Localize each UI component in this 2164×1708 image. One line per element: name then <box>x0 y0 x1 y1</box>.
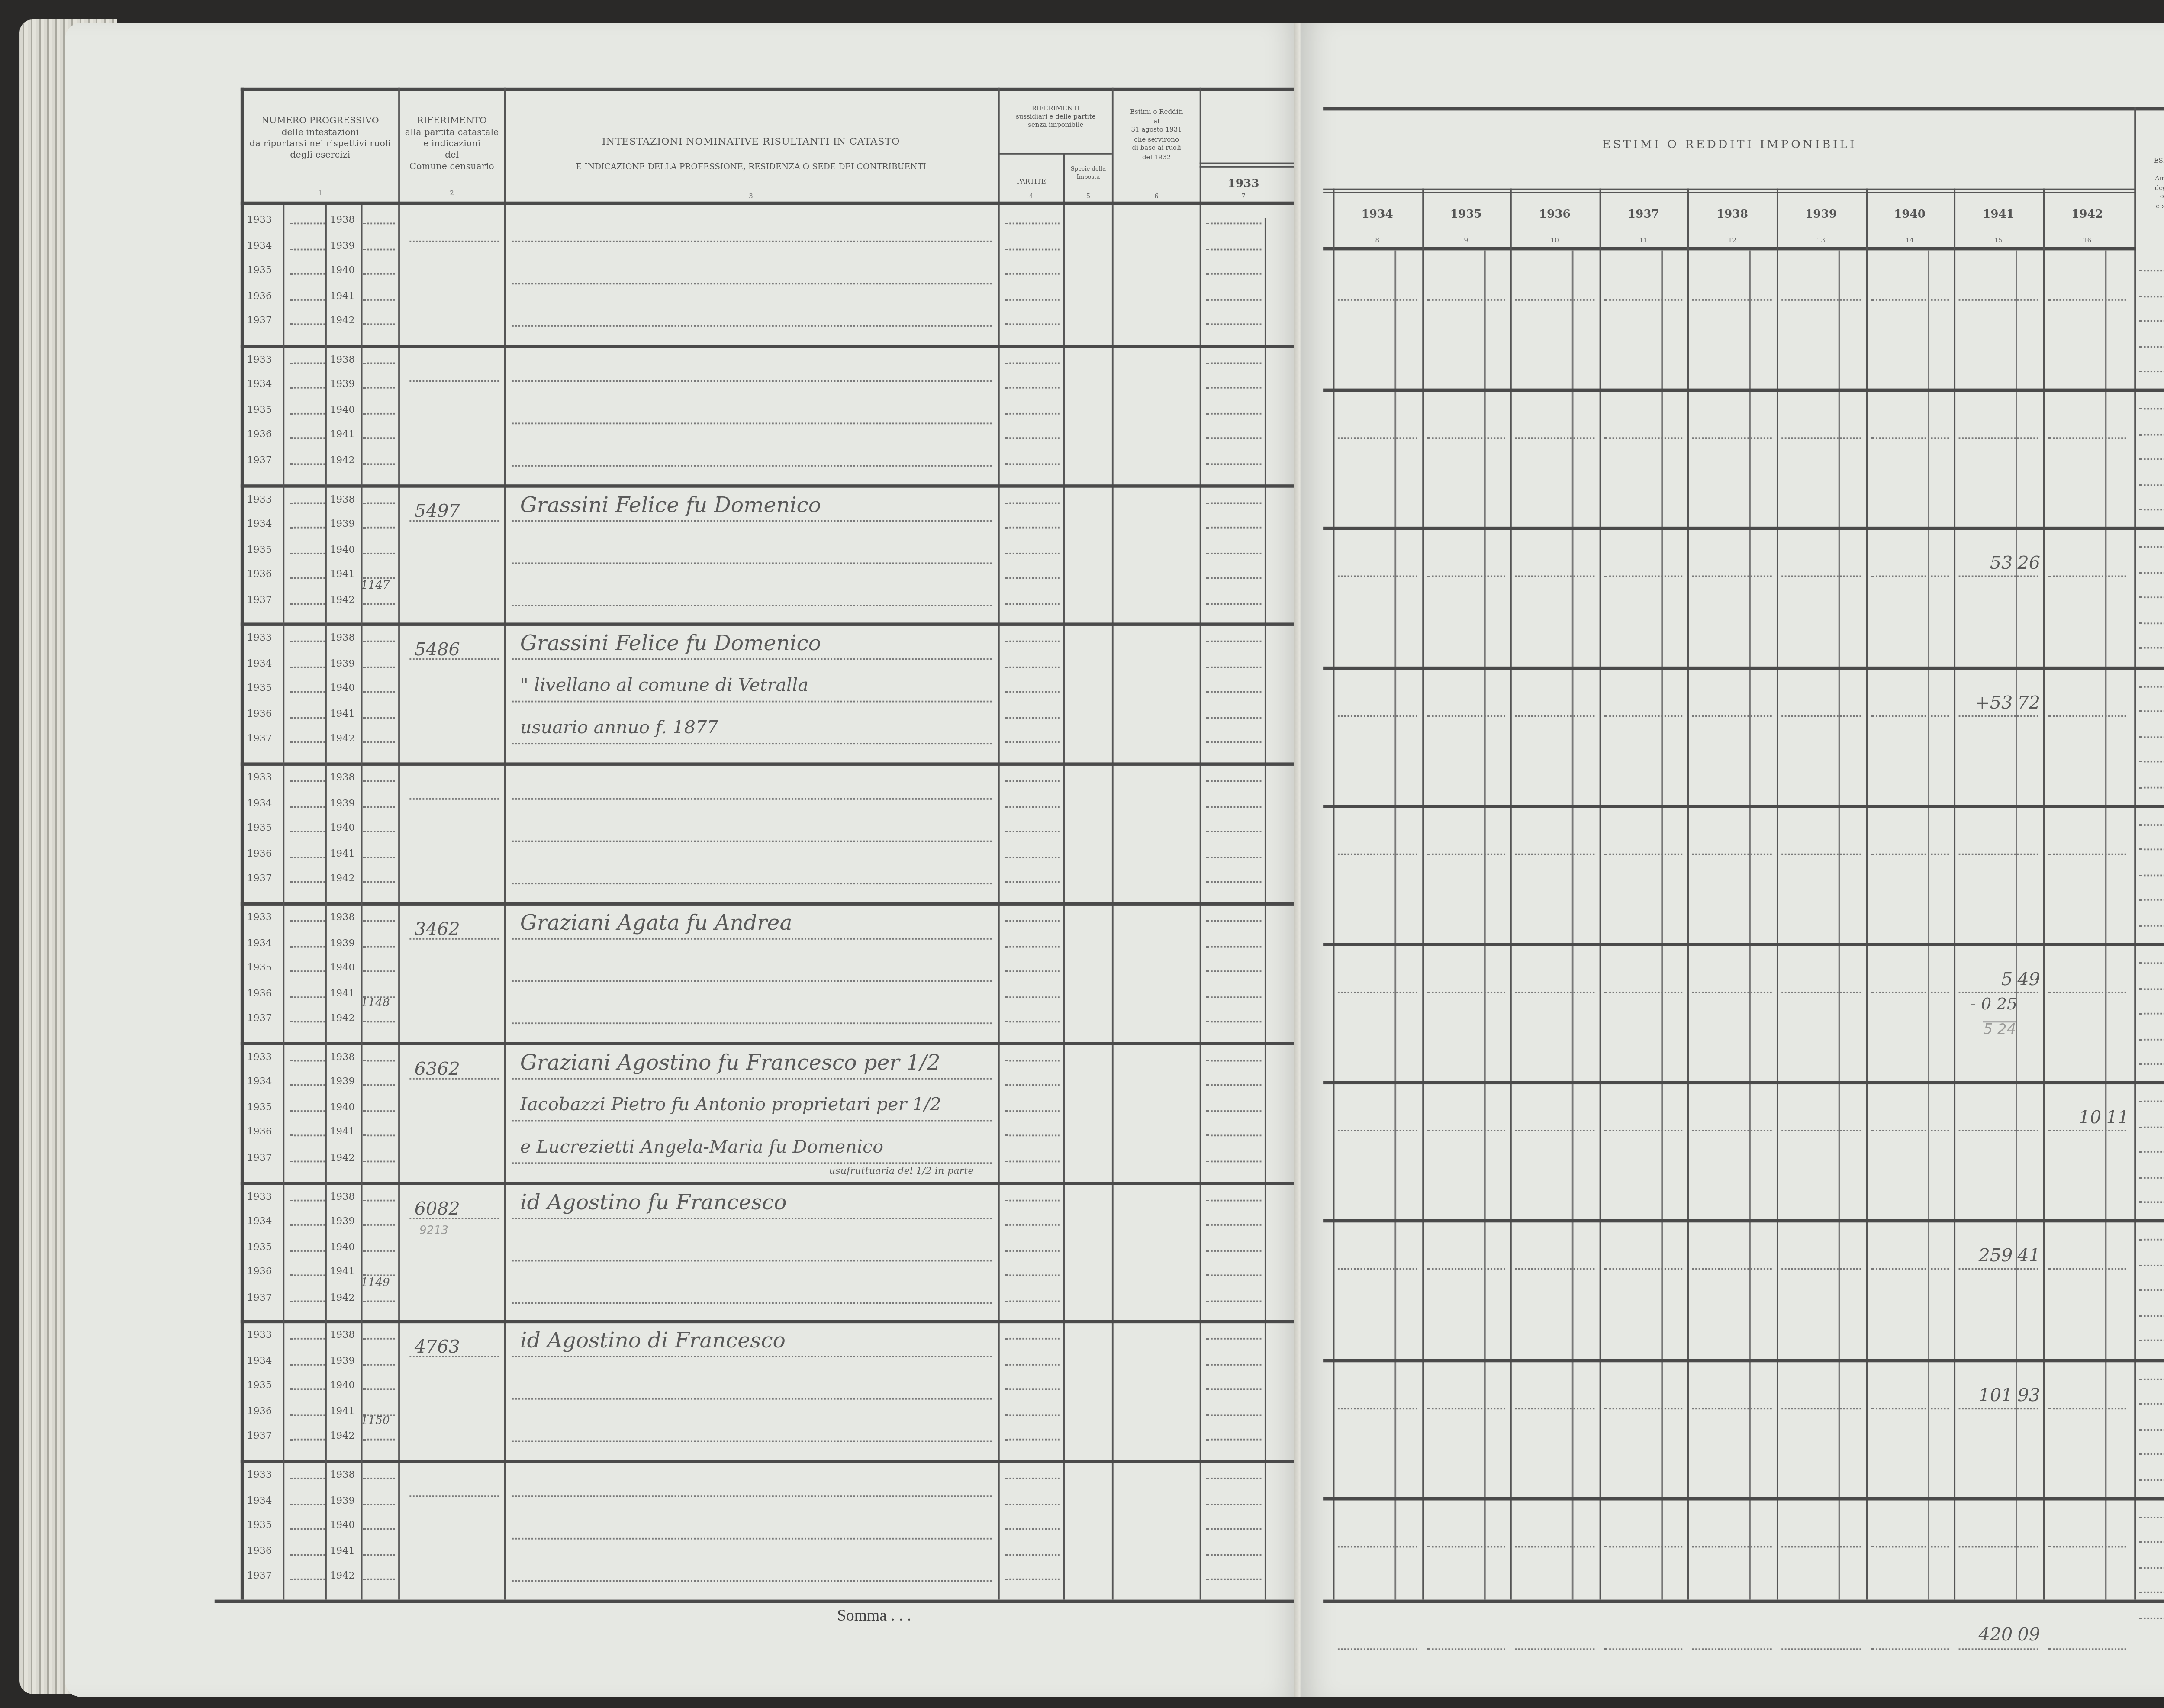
dotted-line <box>1005 323 1060 325</box>
dotted-line <box>290 856 325 858</box>
year-label: 1939 <box>330 1076 354 1088</box>
dotted-line <box>290 223 325 225</box>
intestazione-text: e Lucrezietti Angela-Maria fu Domenico <box>520 1136 883 1157</box>
col-divider <box>283 902 284 1041</box>
dotted-line <box>290 1060 325 1061</box>
dotted-line <box>1206 1439 1262 1441</box>
dotted-line <box>1206 362 1262 364</box>
dotted-line <box>2048 1269 2127 1270</box>
dotted-line <box>1870 853 1949 855</box>
dotted-line <box>363 298 395 300</box>
left-frame <box>241 88 244 1600</box>
dotted-line <box>1693 576 1772 578</box>
header-sub-rule <box>1323 189 2136 193</box>
dotted-line <box>2139 371 2164 372</box>
dotted-line <box>2139 572 2164 574</box>
dotted-line <box>1206 806 1262 808</box>
intestazione-text: Graziani Agata fu Andrea <box>520 912 792 936</box>
dotted-line <box>1959 1546 2038 1547</box>
dotted-line <box>1338 1130 1417 1132</box>
dotted-line <box>1206 831 1262 833</box>
dotted-line <box>2139 1101 2164 1102</box>
dotted-line <box>1005 1478 1060 1480</box>
dotted-line <box>2139 1151 2164 1153</box>
dotted-line <box>363 1553 395 1555</box>
dotted-line <box>1206 1085 1262 1086</box>
dotted-line <box>512 1302 992 1303</box>
dotted-line <box>1206 780 1262 782</box>
dotted-line <box>363 1389 395 1391</box>
dotted-line <box>363 806 395 808</box>
year-label: 1941 <box>330 709 354 720</box>
dotted-line <box>2139 1479 2164 1480</box>
dotted-line <box>1959 438 2038 439</box>
dotted-line <box>1870 1130 1949 1132</box>
dotted-line <box>1206 1110 1262 1112</box>
dotted-line <box>2139 295 2164 297</box>
dotted-line <box>290 692 325 693</box>
dotted-line <box>1959 715 2038 716</box>
dotted-line <box>1005 742 1060 744</box>
partita-number: 5497 <box>415 500 460 521</box>
dotted-line <box>1604 1546 1683 1547</box>
dotted-line <box>1005 577 1060 579</box>
dotted-line <box>1005 362 1060 364</box>
dotted-line <box>512 1496 992 1498</box>
year-label: 1941 <box>330 569 354 580</box>
header-estimi-imponibili: ESTIMI O REDDITI IMPONIBILI <box>1323 140 2136 151</box>
intestazione-text: " livellano al comune di Vetralla <box>520 675 808 696</box>
dotted-line <box>1005 387 1060 389</box>
dotted-line <box>1338 438 1417 439</box>
dotted-line <box>1005 463 1060 465</box>
dotted-line <box>290 1250 325 1251</box>
block-rule <box>1323 1358 2164 1362</box>
dotted-line <box>1206 323 1262 325</box>
dotted-line <box>363 1021 395 1023</box>
dotted-line <box>1005 806 1060 808</box>
usufrutto-note: usufruttuaria del 1/2 in parte <box>829 1165 973 1176</box>
header-sub-rule <box>998 153 1112 155</box>
dotted-line <box>363 1439 395 1441</box>
col-divider <box>1422 189 1423 1600</box>
block-rule <box>1323 1081 2164 1085</box>
dotted-line <box>290 1528 325 1530</box>
year-label: 1936 <box>247 430 272 441</box>
column-number: 3 <box>507 192 995 200</box>
year-label: 1940 <box>330 823 354 834</box>
dotted-line <box>1005 1338 1060 1340</box>
year-label: 1941 <box>330 988 354 999</box>
dotted-line <box>1870 1269 1949 1270</box>
year-column-header: 1936 <box>1510 206 1599 221</box>
year-label: 1934 <box>247 379 272 390</box>
dotted-line <box>1781 438 1861 439</box>
dotted-line <box>2139 509 2164 511</box>
somma-dotted-line <box>1427 1648 1506 1650</box>
dotted-line <box>2139 1428 2164 1430</box>
col-divider <box>325 1460 327 1599</box>
somma-label: Somma . . . <box>837 1608 911 1625</box>
dotted-line <box>2139 547 2164 548</box>
col-divider <box>325 1181 327 1321</box>
dotted-line <box>1870 715 1949 716</box>
partita-number: 4763 <box>415 1337 460 1358</box>
year-label: 1942 <box>330 316 354 327</box>
year-label: 1939 <box>330 1495 354 1506</box>
dotted-line <box>290 742 325 744</box>
dotted-line <box>1515 576 1594 578</box>
intestazione-text: id Agostino fu Francesco <box>520 1191 787 1215</box>
somma-total-lire: 420 <box>1961 1624 2013 1645</box>
dotted-line <box>512 241 992 242</box>
dotted-line <box>1604 1269 1683 1270</box>
col-divider <box>1112 88 1114 1600</box>
dotted-line <box>2139 1453 2164 1455</box>
dotted-line <box>2048 853 2127 855</box>
col-divider <box>1200 88 1201 1600</box>
dotted-line <box>1206 1503 1262 1505</box>
year-label: 1938 <box>330 215 354 226</box>
dotted-line <box>1005 1439 1060 1441</box>
header-riferimento: RIFERIMENTO alla partita catastale e ind… <box>400 117 504 174</box>
year-label: 1941 <box>330 1545 354 1557</box>
year-label: 1938 <box>330 912 354 923</box>
dotted-line <box>1693 1546 1772 1547</box>
dotted-line <box>363 1364 395 1366</box>
dotted-line <box>2139 899 2164 901</box>
dotted-line <box>1427 299 1506 301</box>
dotted-line <box>1005 1021 1060 1023</box>
dotted-line <box>1515 438 1594 439</box>
dotted-line <box>1515 299 1594 301</box>
dotted-line <box>1005 1224 1060 1226</box>
dotted-line <box>1005 945 1060 947</box>
dotted-line <box>363 1338 395 1340</box>
value-lire: 10 <box>2049 1107 2101 1128</box>
dotted-line <box>512 938 992 940</box>
dotted-line <box>363 945 395 947</box>
dotted-line <box>363 1503 395 1505</box>
dotted-line <box>1005 831 1060 833</box>
dotted-line <box>1206 970 1262 972</box>
dotted-line <box>1005 1300 1060 1302</box>
year-label: 1934 <box>247 1495 272 1506</box>
header-bottom-rule <box>1323 247 2136 251</box>
col-divider <box>325 1042 327 1181</box>
dotted-line <box>512 659 992 661</box>
col-divider <box>1777 189 1778 1600</box>
year-label: 1940 <box>330 1241 354 1253</box>
somma-dotted-line <box>1693 1648 1772 1650</box>
year-label: 1933 <box>247 354 272 365</box>
dotted-line <box>1338 1546 1417 1547</box>
year-label: 1937 <box>247 873 272 885</box>
block-rule <box>241 1460 1301 1463</box>
block-rule <box>241 623 1301 627</box>
value-lire: 259 <box>1961 1246 2013 1267</box>
dotted-line <box>1206 692 1262 693</box>
dotted-line <box>1959 853 2038 855</box>
dotted-line <box>1206 1579 1262 1580</box>
year-label: 1934 <box>247 1216 272 1228</box>
dotted-line <box>1206 1553 1262 1555</box>
dotted-line <box>1005 970 1060 972</box>
dotted-line <box>363 1060 395 1061</box>
dotted-line <box>1005 856 1060 858</box>
dotted-line <box>363 856 395 858</box>
dotted-line <box>1005 1160 1060 1162</box>
dotted-line <box>290 1160 325 1162</box>
column-number: 11 <box>1599 236 1688 244</box>
dotted-line <box>1206 412 1262 414</box>
year-column-header: 1942 <box>2043 206 2132 221</box>
dotted-line <box>290 527 325 529</box>
dotted-line <box>2139 1013 2164 1015</box>
dotted-line <box>290 1478 325 1480</box>
dotted-line <box>2139 434 2164 435</box>
dotted-line <box>290 362 325 364</box>
dotted-line <box>363 831 395 833</box>
ruolo-number: 1149 <box>361 1276 390 1289</box>
dotted-line <box>2139 622 2164 624</box>
dotted-line <box>1338 1407 1417 1409</box>
block-rule <box>1323 1220 2164 1223</box>
dotted-line <box>1959 299 2038 301</box>
year-label: 1939 <box>330 1356 354 1367</box>
cent-divider <box>1839 250 1840 1599</box>
year-label: 1937 <box>247 734 272 745</box>
year-label: 1941 <box>330 430 354 441</box>
top-rule <box>1323 107 2164 111</box>
cent-divider <box>1927 250 1929 1599</box>
dotted-line <box>1427 715 1506 716</box>
year-label: 1941 <box>330 1406 354 1417</box>
dotted-line <box>1781 1546 1861 1547</box>
dotted-line <box>1693 853 1772 855</box>
dotted-line <box>290 463 325 465</box>
dotted-line <box>363 223 395 225</box>
dotted-line <box>1959 576 2038 578</box>
dotted-line <box>512 701 992 703</box>
dotted-line <box>1515 853 1594 855</box>
dotted-line <box>363 438 395 439</box>
year-label: 1942 <box>330 734 354 745</box>
dotted-line <box>2139 962 2164 964</box>
dotted-line <box>1206 920 1262 922</box>
dotted-line <box>1206 666 1262 668</box>
dotted-line <box>363 641 395 643</box>
dotted-line <box>409 241 499 242</box>
year-label: 1936 <box>247 1545 272 1557</box>
value-centesimi: 72 <box>2018 692 2041 713</box>
dotted-line <box>1959 992 2038 993</box>
year-label: 1941 <box>330 290 354 301</box>
year-label: 1939 <box>330 240 354 251</box>
somma-dotted-line <box>1870 1648 1949 1650</box>
intestazione-text: Graziani Agostino fu Francesco per 1/2 <box>520 1051 940 1076</box>
dotted-line <box>2139 1340 2164 1342</box>
partita-number: 6362 <box>415 1058 460 1079</box>
column-number: 16 <box>2043 236 2132 244</box>
year-label: 1933 <box>247 493 272 505</box>
intestazione-text: Grassini Felice fu Domenico <box>520 493 821 518</box>
dotted-line <box>1427 1546 1506 1547</box>
column-number: 12 <box>1688 236 1777 244</box>
dotted-line <box>290 970 325 972</box>
dotted-line <box>2139 849 2164 851</box>
dotted-line <box>1005 666 1060 668</box>
dotted-line <box>290 603 325 604</box>
dotted-line <box>290 412 325 414</box>
year-label: 1937 <box>247 1013 272 1024</box>
header-bottom-rule <box>241 202 1301 205</box>
dotted-line <box>512 604 992 606</box>
col-divider <box>325 484 327 623</box>
dotted-line <box>363 323 395 325</box>
dotted-line <box>512 980 992 982</box>
year-column-header: 1939 <box>1777 206 1865 221</box>
col-divider <box>283 1042 284 1181</box>
dotted-line <box>512 1441 992 1443</box>
dotted-line <box>409 1496 499 1498</box>
dotted-line <box>1206 1060 1262 1061</box>
block-rule <box>1323 666 2164 669</box>
dotted-line <box>290 1364 325 1366</box>
dotted-line <box>1427 853 1506 855</box>
year-label: 1933 <box>247 1331 272 1342</box>
year-label: 1933 <box>247 773 272 784</box>
column-number: 7 <box>1203 192 1284 200</box>
year-column-header: 1935 <box>1422 206 1510 221</box>
year-label: 1934 <box>247 937 272 948</box>
dotted-line <box>290 996 325 997</box>
value-subtraction: - 0 25 <box>1971 996 2017 1014</box>
dotted-line <box>1781 715 1861 716</box>
ruolo-number: 1150 <box>361 1415 390 1428</box>
dotted-line <box>290 1503 325 1505</box>
intestazione-text: Iacobazzi Pietro fu Antonio proprietari … <box>520 1094 941 1115</box>
dotted-line <box>290 666 325 668</box>
dotted-line <box>512 1399 992 1400</box>
dotted-line <box>1206 1160 1262 1162</box>
dotted-line <box>363 970 395 972</box>
dotted-line <box>1206 438 1262 439</box>
dotted-line <box>290 1135 325 1137</box>
dotted-line <box>290 502 325 503</box>
dotted-line <box>1338 992 1417 993</box>
year-label: 1935 <box>247 544 272 555</box>
dotted-line <box>363 666 395 668</box>
dotted-line <box>1781 853 1861 855</box>
dotted-line <box>1604 576 1683 578</box>
dotted-line <box>1005 223 1060 225</box>
partita-number: 3462 <box>415 918 460 940</box>
block-rule <box>241 1321 1301 1324</box>
year-label: 1942 <box>330 1571 354 1582</box>
col-divider <box>361 1460 363 1599</box>
dotted-line <box>363 412 395 414</box>
dotted-line <box>1005 717 1060 719</box>
dotted-line <box>512 1259 992 1261</box>
col-divider <box>2043 189 2045 1600</box>
dotted-line <box>363 742 395 744</box>
block-rule <box>241 344 1301 348</box>
dotted-line <box>290 780 325 782</box>
dotted-line <box>1206 1275 1262 1276</box>
dotted-line <box>2139 1063 2164 1065</box>
dotted-line <box>1870 438 1949 439</box>
dotted-line <box>512 1162 992 1164</box>
col-divider <box>283 1181 284 1321</box>
value-centesimi: 49 <box>2018 969 2041 990</box>
dotted-line <box>363 552 395 554</box>
dotted-line <box>512 380 992 382</box>
col-divider <box>1063 153 1065 1600</box>
dotted-line <box>363 1160 395 1162</box>
dotted-line <box>290 438 325 439</box>
dotted-line <box>2139 824 2164 825</box>
year-label: 1934 <box>247 658 272 670</box>
block-rule <box>1323 804 2164 808</box>
year-label: 1933 <box>247 1191 272 1202</box>
dotted-line <box>290 831 325 833</box>
dotted-line <box>2048 299 2127 301</box>
dotted-line <box>1005 552 1060 554</box>
year-label: 1937 <box>247 1292 272 1303</box>
value-lire: 101 <box>1961 1384 2013 1405</box>
dotted-line <box>1206 552 1262 554</box>
dotted-line <box>1206 945 1262 947</box>
col-divider <box>361 902 363 1041</box>
dotted-line <box>512 883 992 885</box>
column-number: 4 <box>1000 192 1063 200</box>
dotted-line <box>1870 992 1949 993</box>
dotted-line <box>2139 648 2164 649</box>
year-label: 1940 <box>330 683 354 695</box>
dotted-line <box>2139 1038 2164 1040</box>
dotted-line <box>2139 736 2164 738</box>
intestazione-text: usuario annuo f. 1877 <box>520 718 718 739</box>
column-number: 6 <box>1114 192 1200 200</box>
year-label: 1935 <box>247 1381 272 1392</box>
col-divider <box>1333 189 1335 1600</box>
dotted-line <box>290 920 325 922</box>
dotted-line <box>1781 992 1861 993</box>
dotted-line <box>363 717 395 719</box>
year-column-header: 1940 <box>1865 206 1954 221</box>
year-label: 1933 <box>247 1470 272 1481</box>
year-label: 1933 <box>247 912 272 923</box>
value-lire: +53 <box>1961 692 2013 713</box>
dotted-line <box>512 1357 992 1358</box>
dotted-line <box>2048 438 2127 439</box>
dotted-line <box>363 780 395 782</box>
year-label: 1938 <box>330 1470 354 1481</box>
column-number: 14 <box>1865 236 1954 244</box>
dotted-line <box>1206 1414 1262 1416</box>
dotted-line <box>363 502 395 503</box>
dotted-line <box>363 603 395 604</box>
dotted-line <box>1005 1528 1060 1530</box>
value-centesimi: 26 <box>2018 553 2041 574</box>
dotted-line <box>2139 874 2164 876</box>
col-divider <box>1510 189 1512 1600</box>
header-numero-progressivo: NUMERO PROGRESSIVO delle intestazioni da… <box>244 117 396 162</box>
dotted-line <box>1206 463 1262 465</box>
dotted-line <box>1781 1130 1861 1132</box>
dotted-line <box>290 577 325 579</box>
